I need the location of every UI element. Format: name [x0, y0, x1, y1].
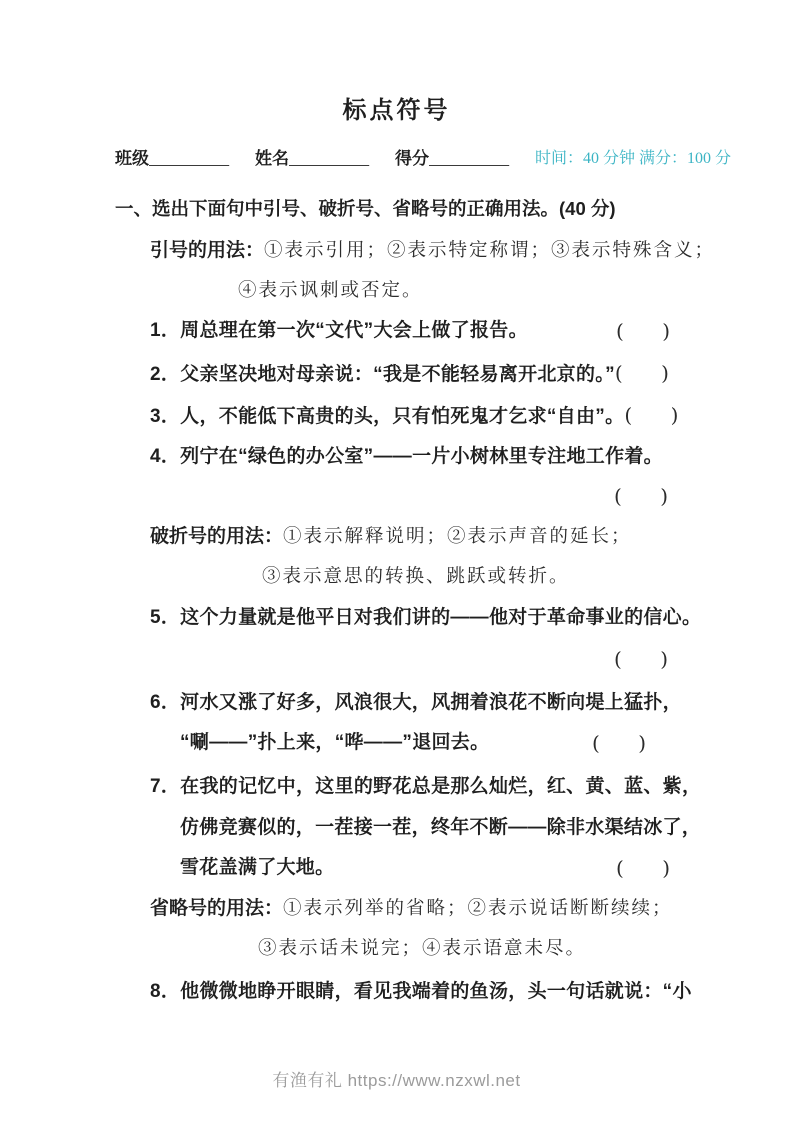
score-field: 得分__________ [395, 144, 513, 174]
answer-paren-q3: () [624, 400, 678, 430]
answer-paren-q5: () [614, 644, 668, 674]
question-7-line1: 7．在我的记忆中，这里的野花总是那么灿烂，红、黄、蓝、紫， [150, 772, 701, 802]
question-6-line2: “唰——”扑上来，“哗——”退回去。 () [180, 728, 646, 758]
quote-usage-line1: 引号的用法：①表示引用；②表示特定称谓；③表示特殊含义； [150, 236, 715, 266]
question-5-answer-line: () [150, 644, 668, 674]
score-label: 得分 [395, 144, 429, 174]
class-blank: __________ [149, 144, 233, 174]
question-4-answer-line: () [150, 481, 668, 511]
question-1-text: 1．周总理在第一次“文代”大会上做了报告。 [150, 316, 528, 346]
ellipsis-usage-label: 省略号的用法： [150, 898, 283, 919]
question-2: 2．父亲坚决地对母亲说：“我是不能轻易离开北京的。”() [150, 358, 669, 388]
answer-paren-q2: () [615, 358, 669, 388]
name-blank: __________ [289, 144, 373, 174]
class-field: 班级__________ [115, 144, 233, 174]
quote-usage-line2: ④表示讽刺或否定。 [238, 276, 423, 306]
class-label: 班级 [115, 144, 149, 174]
footer-watermark: 有渔有礼 https://www.nzxwl.net [0, 1066, 793, 1096]
dash-usage-label: 破折号的用法： [150, 526, 283, 547]
question-7-line2: 仿佛竞赛似的，一茬接一茬，终年不断——除非水渠结冰了， [180, 813, 701, 843]
answer-paren-q1: () [616, 316, 670, 346]
question-1: 1．周总理在第一次“文代”大会上做了报告。 () [150, 316, 670, 346]
dash-usage-items: ①表示解释说明；②表示声音的延长； [283, 526, 632, 547]
name-label: 姓名 [255, 144, 289, 174]
page-title: 标点符号 [0, 96, 793, 126]
ellipsis-usage-line2: ③表示话未说完；④表示语意未尽。 [258, 934, 586, 964]
dash-usage-line1: 破折号的用法：①表示解释说明；②表示声音的延长； [150, 522, 632, 552]
question-2-text: 2．父亲坚决地对母亲说：“我是不能轻易离开北京的。” [150, 364, 615, 385]
answer-paren-q6: () [592, 728, 646, 758]
quote-usage-items: ①表示引用；②表示特定称谓；③表示特殊含义； [264, 240, 715, 261]
question-8-line1: 8．他微微地睁开眼睛，看见我端着的鱼汤，头一句话就说：“小 [150, 977, 692, 1007]
name-field: 姓名__________ [255, 144, 373, 174]
question-5: 5．这个力量就是他平日对我们讲的——他对于革命事业的信心。 [150, 603, 701, 633]
score-blank: __________ [429, 144, 513, 174]
question-7-line3: 雪花盖满了大地。 () [180, 853, 670, 883]
question-7-line3-text: 雪花盖满了大地。 [180, 853, 334, 883]
time-fullmarks-note: 时间：40 分钟 满分：100 分 [535, 144, 731, 174]
question-3: 3．人，不能低下高贵的头，只有怕死鬼才乞求“自由”。() [150, 400, 678, 430]
worksheet-page: 标点符号 班级__________ 姓名__________ 得分_______… [0, 0, 793, 1122]
meta-row: 班级__________ 姓名__________ 得分__________ 时… [115, 144, 705, 174]
dash-usage-line2: ③表示意思的转换、跳跃或转折。 [262, 562, 570, 592]
ellipsis-usage-items: ①表示列举的省略；②表示说话断断续续； [283, 898, 673, 919]
question-4: 4．列宁在“绿色的办公室”——一片小树林里专注地工作着。 [150, 442, 663, 472]
section-one-heading: 一、选出下面句中引号、破折号、省略号的正确用法。(40 分) [115, 194, 616, 224]
answer-paren-q7: () [616, 853, 670, 883]
ellipsis-usage-line1: 省略号的用法：①表示列举的省略；②表示说话断断续续； [150, 894, 673, 924]
question-6-line2-text: “唰——”扑上来，“哗——”退回去。 [180, 728, 489, 758]
answer-paren-q4: () [614, 481, 668, 511]
question-3-text: 3．人，不能低下高贵的头，只有怕死鬼才乞求“自由”。 [150, 406, 624, 427]
quote-usage-label: 引号的用法： [150, 240, 264, 261]
question-6-line1: 6．河水又涨了好多，风浪很大，风拥着浪花不断向堤上猛扑， [150, 688, 682, 718]
